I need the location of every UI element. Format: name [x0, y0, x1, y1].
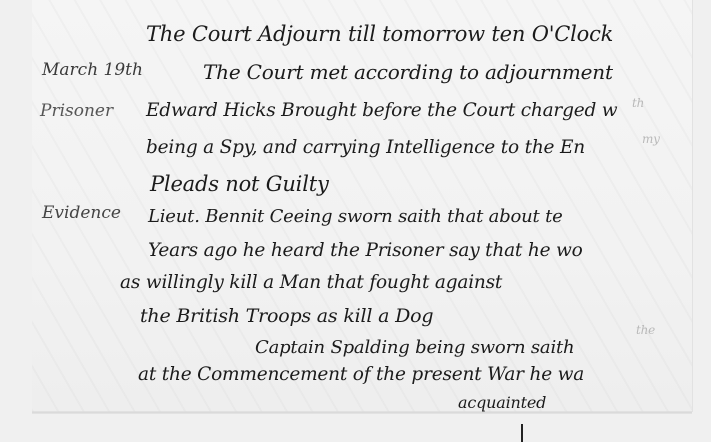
- line-testimony-1: Years ago he heard the Prisoner say that…: [148, 240, 583, 261]
- line-court-met: The Court met according to adjournment: [203, 60, 613, 84]
- bleed-through-mark: my: [642, 132, 660, 146]
- line-adjourn: The Court Adjourn till tomorrow ten O'Cl…: [146, 22, 613, 46]
- document-scan: March 19th Prisoner Evidence The Court A…: [0, 0, 711, 442]
- line-plea: Pleads not Guilty: [150, 172, 329, 196]
- line-witness-2: Captain Spalding being sworn saith: [255, 337, 574, 358]
- margin-note-prisoner: Prisoner: [40, 101, 113, 121]
- line-acquainted: acquainted: [458, 393, 546, 412]
- line-witness-1: Lieut. Bennit Ceeing sworn saith that ab…: [148, 206, 563, 227]
- margin-note-evidence: Evidence: [42, 203, 121, 223]
- bleed-through-mark: th: [632, 96, 644, 110]
- bleed-through-mark: the: [636, 323, 655, 337]
- ruler-tick-mark: [521, 424, 523, 442]
- line-charge: being a Spy, and carrying Intelligence t…: [146, 137, 585, 158]
- margin-note-date: March 19th: [42, 60, 143, 80]
- line-testimony-3: the British Troops as kill a Dog: [140, 305, 433, 327]
- line-testimony-4: at the Commencement of the present War h…: [138, 364, 584, 385]
- line-prisoner-brought: Edward Hicks Brought before the Court ch…: [146, 100, 617, 121]
- line-testimony-2: as willingly kill a Man that fought agai…: [120, 272, 502, 293]
